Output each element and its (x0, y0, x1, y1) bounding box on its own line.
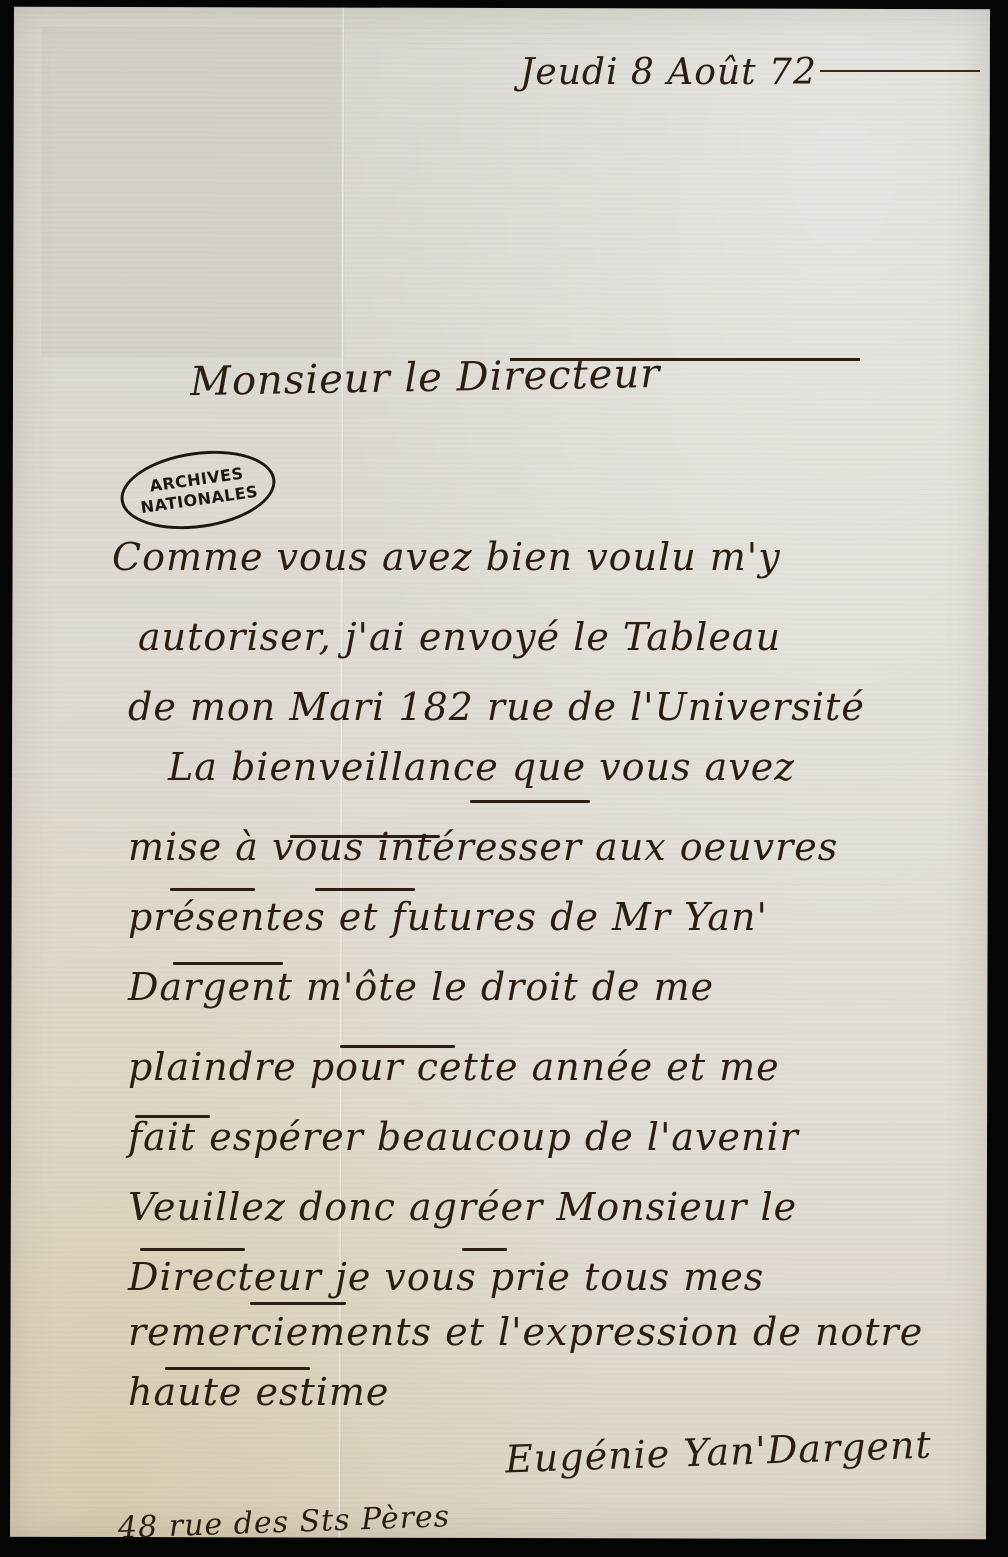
ink-stroke (173, 962, 283, 965)
body-line-5: mise à vous intéresser aux oeuvres (128, 825, 838, 869)
body-line-2: autoriser, j'ai envoyé le Tableau (138, 615, 781, 659)
body-line-4: La bienveillance que vous avez (168, 745, 795, 789)
ink-stroke (170, 888, 255, 891)
body-line-12: remerciements et l'expression de notre (128, 1310, 923, 1354)
ink-stroke (250, 1302, 346, 1305)
ink-stroke (135, 1115, 210, 1118)
body-line-9: fait espérer beaucoup de l'avenir (128, 1115, 799, 1159)
body-line-8: plaindre pour cette année et me (128, 1045, 780, 1089)
body-line-7: Dargent m'ôte le droit de me (128, 965, 714, 1009)
body-line-1: Comme vous avez bien voulu m'y (112, 535, 781, 579)
body-line-13: haute estime (128, 1370, 389, 1414)
ink-stroke (165, 1367, 310, 1370)
paper-shading (41, 27, 342, 358)
ink-stroke (140, 1248, 245, 1251)
ink-stroke (462, 1248, 507, 1251)
ink-stroke (340, 1045, 455, 1048)
photo-frame: Jeudi 8 Août 72 Monsieur le Directeur AR… (0, 0, 1008, 1557)
date-flourish (820, 70, 980, 72)
salutation-flourish (510, 358, 860, 361)
letter-date: Jeudi 8 Août 72 (520, 52, 817, 93)
body-line-10: Veuillez donc agréer Monsieur le (128, 1185, 797, 1229)
ink-stroke (290, 835, 440, 838)
body-line-6: présentes et futures de Mr Yan' (128, 895, 768, 939)
body-line-3: de mon Mari 182 rue de l'Université (128, 685, 865, 729)
body-line-11: Directeur je vous prie tous mes (128, 1255, 764, 1299)
ink-stroke (470, 800, 590, 803)
ink-stroke (315, 888, 415, 891)
